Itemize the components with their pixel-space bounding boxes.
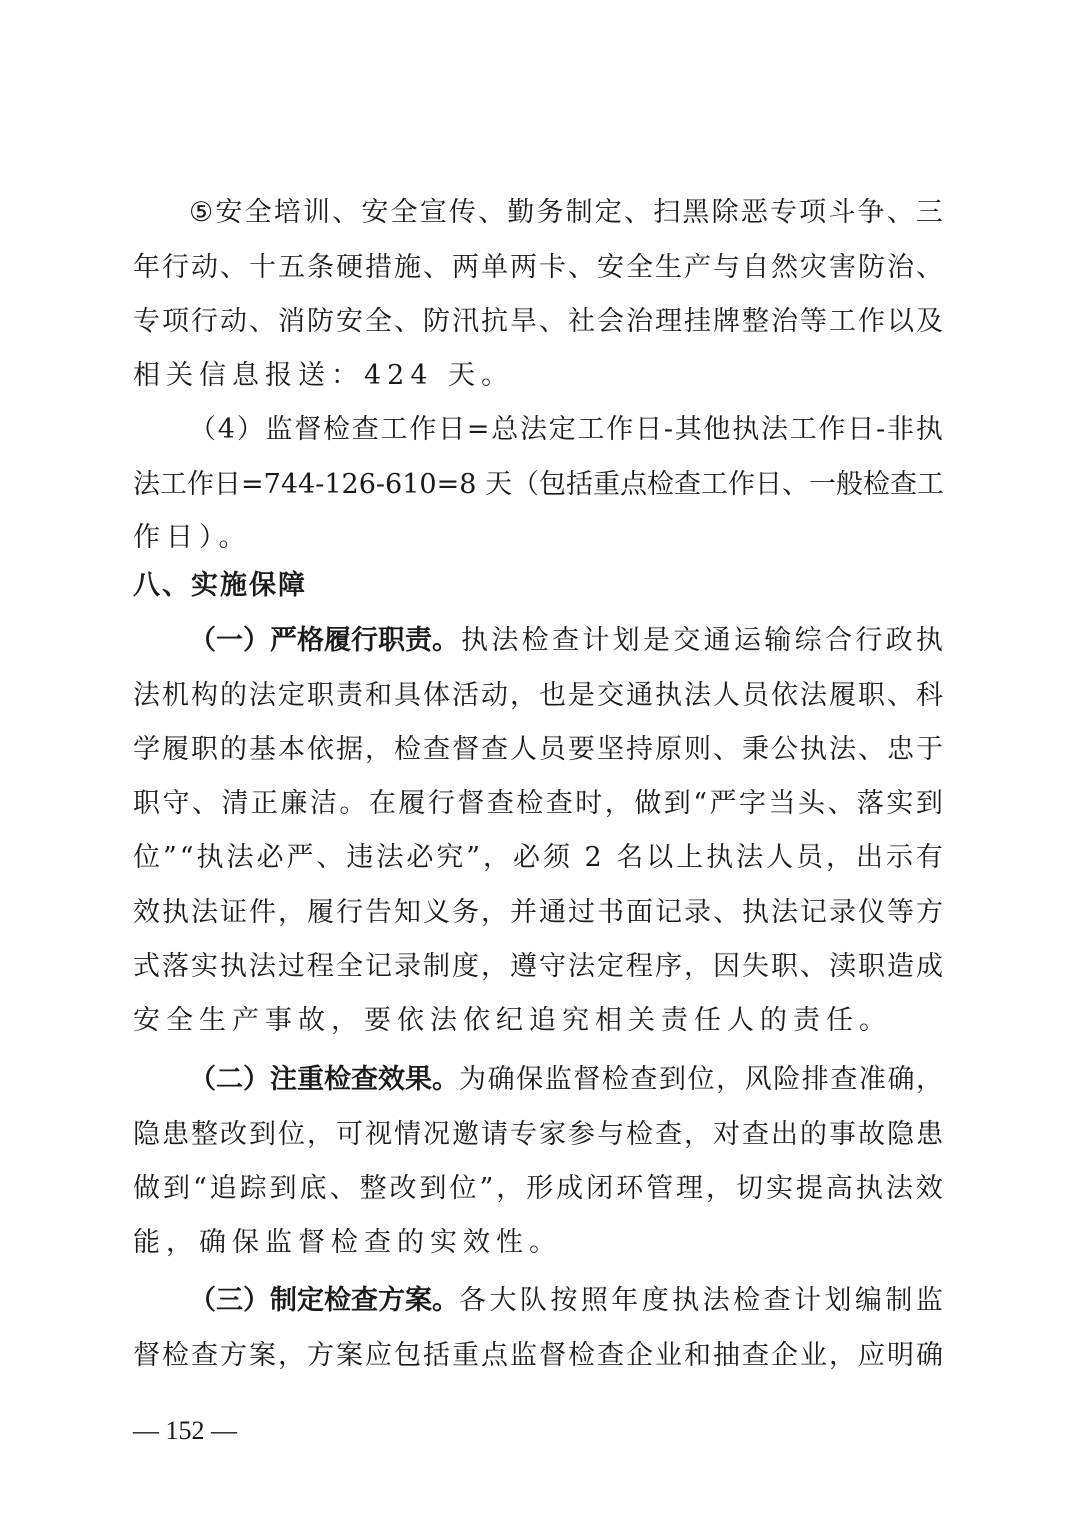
document-page: ⑤安全培训、安全宣传、勤务制定、扫黑除恶专项斗争、三 年行动、十五条硬措施、两单…	[0, 0, 1074, 1520]
paragraph-line: 安全生产事故，要依法依纪追究相关责任人的责任。	[133, 1001, 943, 1041]
page-number: — 152 —	[133, 1413, 237, 1449]
paragraph-line: 为确保监督检查到位，风险排查准确，	[459, 1060, 943, 1100]
paragraph-line: 能，确保监督检查的实效性。	[133, 1223, 943, 1263]
paragraph-line: 效执法证件，履行告知义务，并通过书面记录、执法记录仪等方	[133, 893, 943, 933]
paragraph-line: 作日）。	[133, 518, 943, 558]
subsection-first-line: （二）注重检查效果。 为确保监督检查到位，风险排查准确，	[189, 1060, 943, 1100]
paragraph-line: 职守、清正廉洁。在履行督查检查时，做到“严字当头、落实到	[133, 784, 943, 824]
subsection-first-line: （一）严格履行职责。 执法检查计划是交通运输综合行政执	[189, 621, 943, 661]
paragraph-line: ⑤安全培训、安全宣传、勤务制定、扫黑除恶专项斗争、三	[189, 193, 943, 233]
paragraph-line: 式落实执法过程全记录制度，遵守法定程序，因失职、渎职造成	[133, 947, 943, 987]
paragraph-line: 督检查方案，方案应包括重点监督检查企业和抽查企业，应明确	[133, 1336, 943, 1376]
paragraph-line: 法工作日=744-126-610=8 天（包括重点检查工作日、一般检查工	[133, 465, 943, 505]
subsection-title: （三）制定检查方案。	[189, 1281, 459, 1321]
paragraph-line: 执法检查计划是交通运输综合行政执	[459, 621, 943, 661]
subsection-title: （二）注重检查效果。	[189, 1060, 459, 1100]
paragraph-line: 学履职的基本依据，检查督查人员要坚持原则、秉公执法、忠于	[133, 730, 943, 770]
paragraph-line: 各大队按照年度执法检查计划编制监	[459, 1281, 943, 1321]
paragraph-line: 相关信息报送：424 天。	[133, 356, 943, 396]
paragraph-line: 隐患整改到位，可视情况邀请专家参与检查，对查出的事故隐患	[133, 1115, 943, 1155]
paragraph-line: 法机构的法定职责和具体活动，也是交通执法人员依法履职、科	[133, 676, 943, 716]
subsection-first-line: （三）制定检查方案。 各大队按照年度执法检查计划编制监	[189, 1281, 943, 1321]
paragraph-line: 位”“执法必严、违法必究”，必须 2 名以上执法人员，出示有	[133, 838, 943, 878]
paragraph-line: 年行动、十五条硬措施、两单两卡、安全生产与自然灾害防治、	[133, 248, 943, 288]
paragraph-line: （4）监督检查工作日=总法定工作日-其他执法工作日-非执	[189, 410, 943, 450]
paragraph-line: 做到“追踪到底、整改到位”，形成闭环管理，切实提高执法效	[133, 1169, 943, 1209]
paragraph-line: 专项行动、消防安全、防汛抗旱、社会治理挂牌整治等工作以及	[133, 302, 943, 342]
section-heading: 八、实施保障	[133, 566, 307, 606]
subsection-title: （一）严格履行职责。	[189, 621, 459, 661]
